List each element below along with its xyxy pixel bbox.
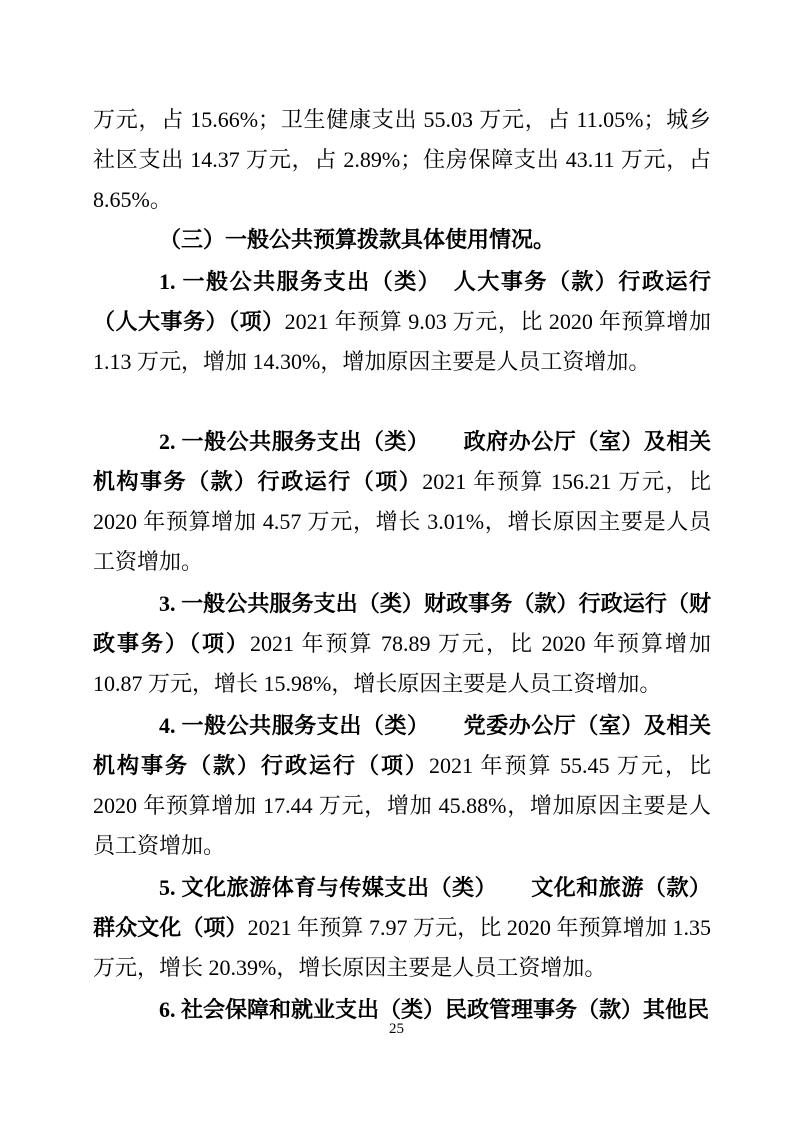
budget-item-4: 4. 一般公共服务支出（类） 党委办公厅（室）及相关机构事务（款）行政运行（项）… xyxy=(93,706,711,866)
budget-item-2: 2. 一般公共服务支出（类） 政府办公厅（室）及相关机构事务（款）行政运行（项）… xyxy=(93,422,711,582)
page-number: 25 xyxy=(0,1020,793,1038)
document-page: 万元，占 15.66%；卫生健康支出 55.03 万元，占 11.05%；城乡社… xyxy=(0,0,793,1122)
continuation-paragraph: 万元，占 15.66%；卫生健康支出 55.03 万元，占 11.05%；城乡社… xyxy=(93,100,711,220)
budget-item-3: 3. 一般公共服务支出（类）财政事务（款）行政运行（财政事务）（项）2021 年… xyxy=(93,584,711,704)
budget-item-5: 5. 文化旅游体育与传媒支出（类） 文化和旅游（款）群众文化（项）2021 年预… xyxy=(93,868,711,988)
page-content: 万元，占 15.66%；卫生健康支出 55.03 万元，占 11.05%；城乡社… xyxy=(93,100,711,1032)
budget-item-1: 1. 一般公共服务支出（类） 人大事务（款）行政运行（人大事务）（项）2021 … xyxy=(93,262,711,382)
budget-item-6-lead: 6. 社会保障和就业支出（类）民政管理事务（款）其他民 xyxy=(159,997,709,1022)
section-heading: （三）一般公共预算拨款具体使用情况。 xyxy=(93,220,711,260)
